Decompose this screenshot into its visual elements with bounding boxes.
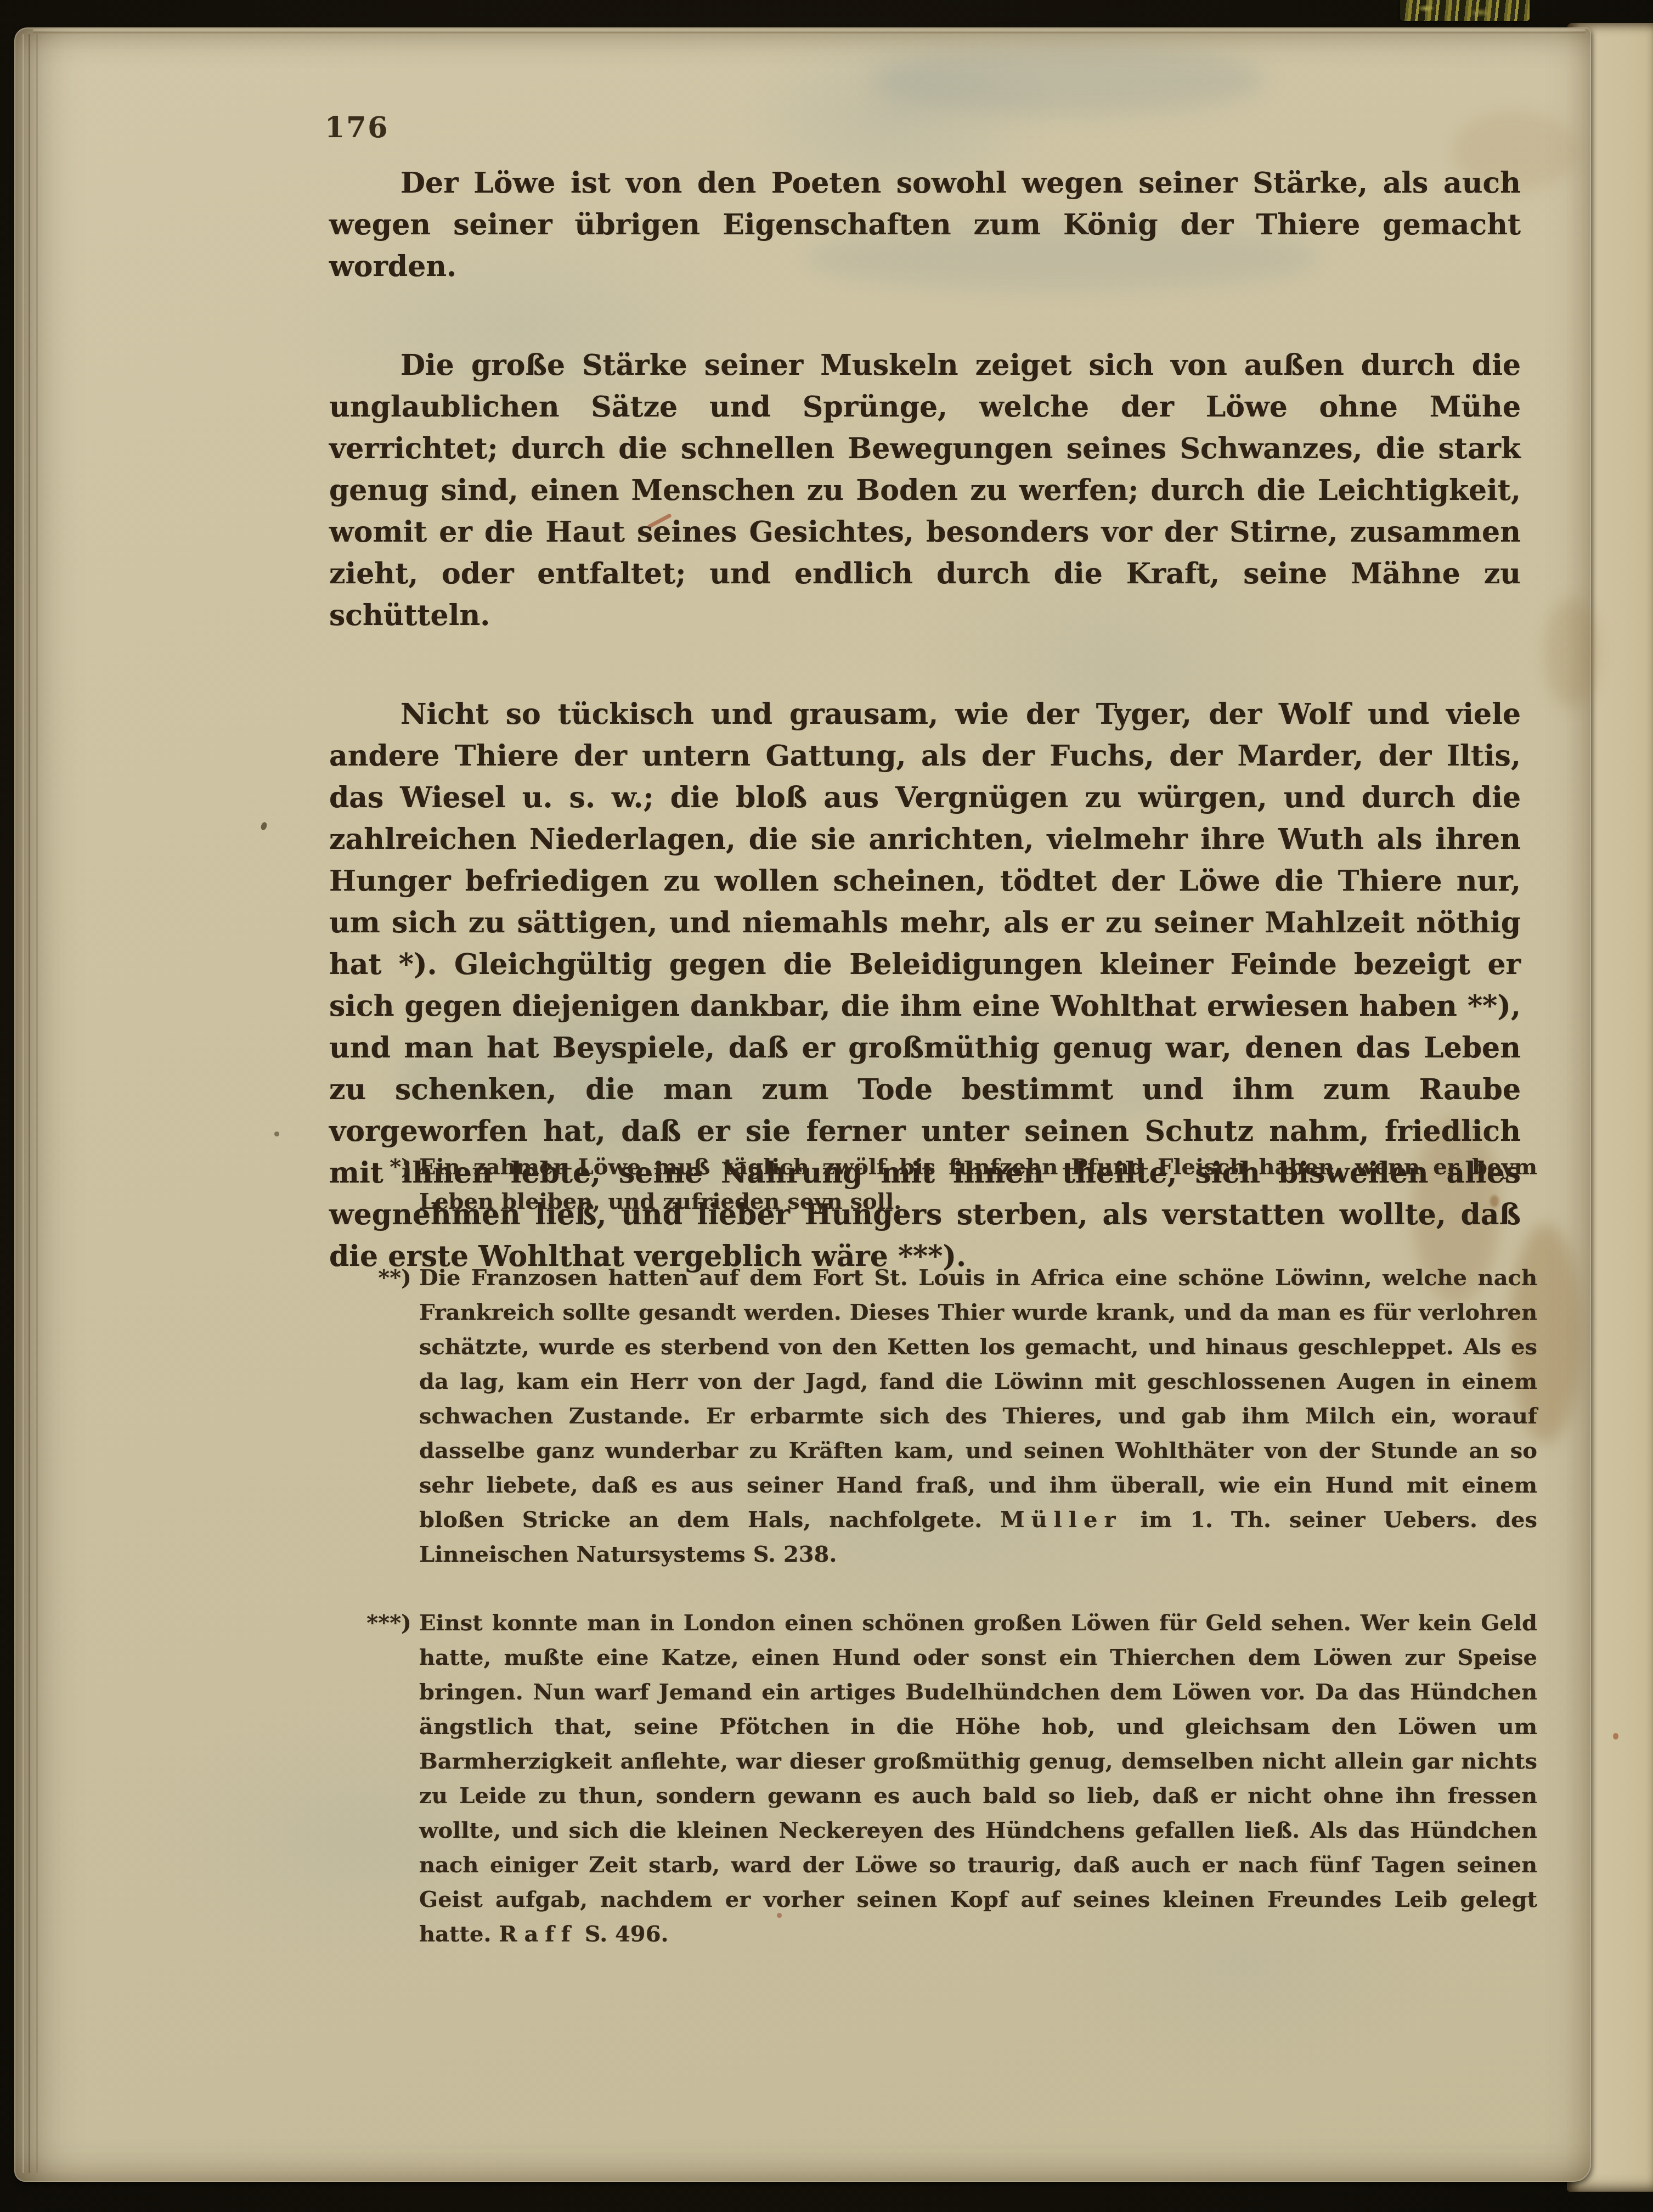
footnote-3: ***)Einst konnte man in London einen sch… — [351, 1606, 1537, 1951]
footnote-1-marker: *) — [351, 1150, 411, 1184]
main-text-block: Der Löwe ist von den Poeten sowohl wegen… — [329, 162, 1521, 1277]
paper-speck — [274, 1132, 279, 1136]
footnote-2-citation-name: Müller — [1000, 1507, 1122, 1533]
paragraph-1: Der Löwe ist von den Poeten sowohl wegen… — [329, 162, 1521, 288]
footnotes-section: *)Ein zahmer Löwe muß täglich zwölf bis … — [351, 1150, 1537, 1951]
footnote-2-marker: **) — [351, 1260, 411, 1295]
paragraph-2: Die große Stärke seiner Muskeln zeiget s… — [329, 345, 1521, 637]
footnote-3-citation-rest: S. 496. — [585, 1921, 669, 1947]
marbled-binding-sticker — [1400, 0, 1530, 21]
paper-speck — [260, 821, 268, 831]
footnote-2-text: Die Franzosen hatten auf dem Fort St. Lo… — [419, 1265, 1537, 1533]
show-through-smudge — [870, 44, 1265, 115]
footnote-1-text: Ein zahmer Löwe muß täglich zwölf bis fu… — [419, 1154, 1537, 1214]
footnote-3-marker: ***) — [351, 1606, 411, 1640]
footnote-3-citation-name: Raff — [499, 1921, 577, 1947]
book-page: 176 Der Löwe ist von den Poeten sowohl w… — [14, 27, 1591, 2182]
footnote-1: *)Ein zahmer Löwe muß täglich zwölf bis … — [351, 1150, 1537, 1219]
paper-stain — [1544, 598, 1599, 708]
page-number: 176 — [325, 111, 390, 144]
book-photograph: 176 Der Löwe ist von den Poeten sowohl w… — [0, 0, 1653, 2212]
footnote-2: **)Die Franzosen hatten auf dem Fort St.… — [351, 1260, 1537, 1572]
footnote-3-text: Einst konnte man in London einen schönen… — [419, 1610, 1537, 1947]
paper-speck — [1613, 1733, 1618, 1740]
